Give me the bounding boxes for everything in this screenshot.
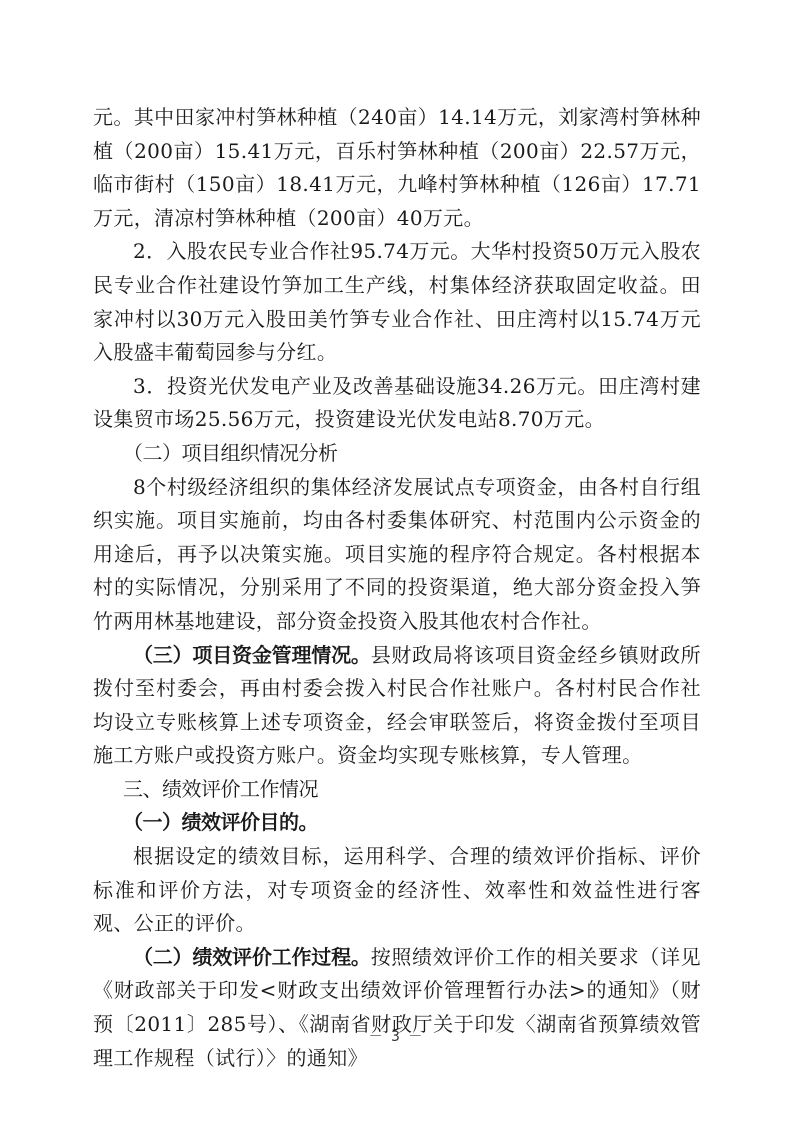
paragraph-evaluation-purpose: 根据设定的绩效目标，运用科学、合理的绩效评价指标、评价标准和评价方法，对专项资金…: [93, 840, 701, 941]
heading-project-organization: （二）项目组织情况分析: [93, 437, 701, 471]
paragraph-organization-analysis: 8个村级经济组织的集体经济发展试点专项资金，由各村自行组织实施。项目实施前，均由…: [93, 471, 701, 639]
heading-section-3: 三、绩效评价工作情况: [93, 773, 701, 807]
paragraph-solar-infrastructure: 3．投资光伏发电产业及改善基础设施34.26万元。田庄湾村建设集贸市场25.56…: [93, 370, 701, 437]
lead-fund-management: （三）项目资金管理情况。: [133, 643, 371, 667]
lead-evaluation-process: （二）绩效评价工作过程。: [133, 945, 371, 969]
heading-evaluation-purpose: （一）绩效评价目的。: [93, 806, 701, 840]
paragraph-cooperative-investment: 2．入股农民专业合作社95.74万元。大华村投资50万元入股农民专业合作社建设竹…: [93, 235, 701, 369]
page-number: － 3 －: [0, 1026, 793, 1046]
paragraph-bamboo-planting-breakdown: 元。其中田家冲村笋林种植（240亩）14.14万元，刘家湾村笋林种植（200亩）…: [93, 101, 701, 235]
paragraph-fund-management: （三）项目资金管理情况。县财政局将该项目资金经乡镇财政所拨付至村委会，再由村委会…: [93, 639, 701, 773]
paragraph-evaluation-process: （二）绩效评价工作过程。按照绩效评价工作的相关要求（详见《财政部关于印发<财政支…: [93, 941, 701, 1075]
document-page: 元。其中田家冲村笋林种植（240亩）14.14万元，刘家湾村笋林种植（200亩）…: [93, 101, 701, 1075]
